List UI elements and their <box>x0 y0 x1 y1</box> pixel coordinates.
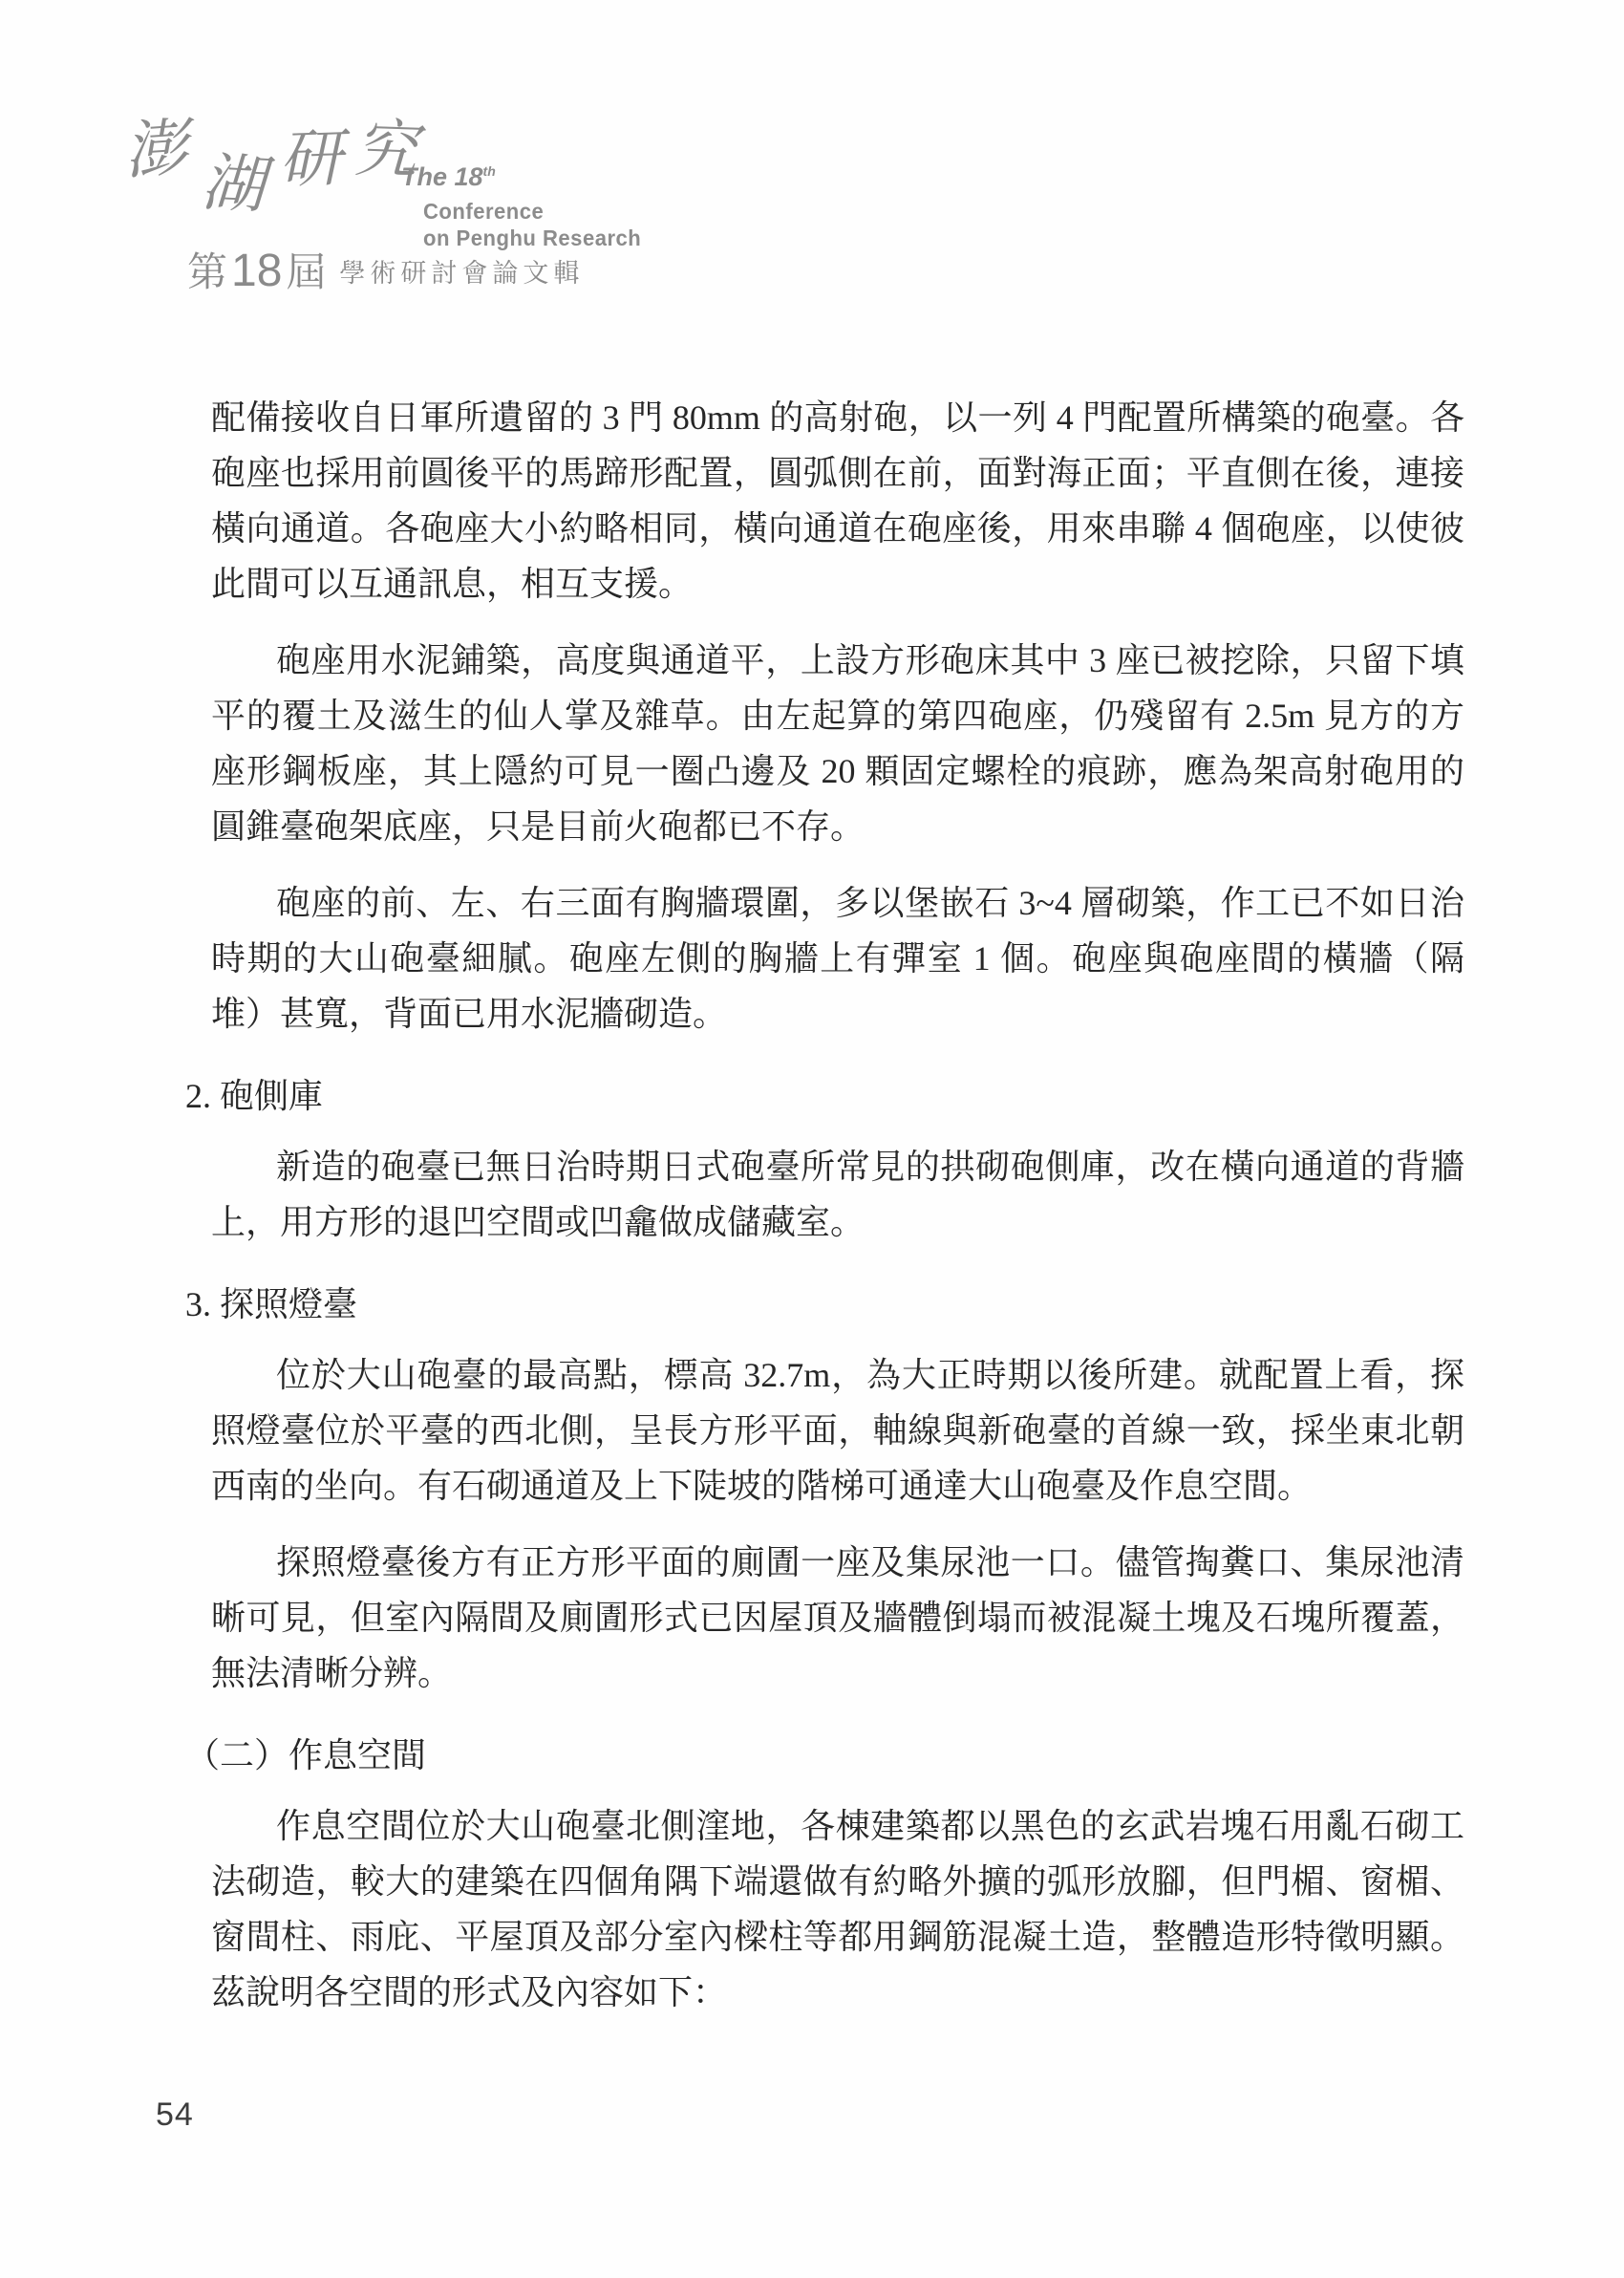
body-paragraph: 位於大山砲臺的最高點，標高 32.7m，為大正時期以後所建。就配置上看，探照燈臺… <box>211 1347 1464 1514</box>
body-paragraph: 新造的砲臺已無日治時期日式砲臺所常見的拱砌砲側庫，改在橫向通道的背牆上，用方形的… <box>211 1139 1464 1250</box>
brand-char: 湖 <box>200 151 266 217</box>
series-prefix: 第 <box>187 248 227 295</box>
body-paragraph: 探照燈臺後方有正方形平面的廁圊一座及集尿池一口。儘管掏糞口、集尿池清晰可見，但室… <box>211 1535 1464 1701</box>
article-body: 配備接收自日軍所遺留的 3 門 80mm 的高射砲，以一列 4 門配置所構築的砲… <box>211 390 1464 2041</box>
brand-char: 澎 <box>122 117 189 183</box>
edition-ordinal-suffix: th <box>483 163 496 179</box>
page-number: 54 <box>156 2096 194 2134</box>
series-suffix: 屆 <box>286 248 326 295</box>
edition-label: The 18th <box>401 162 496 192</box>
body-paragraph: 砲座的前、左、右三面有胸牆環圍，多以堡嵌石 3~4 層砌築，作工已不如日治時期的… <box>211 875 1464 1042</box>
body-paragraph: 砲座用水泥鋪築，高度與通道平，上設方形砲床其中 3 座已被挖除，只留下填平的覆土… <box>211 633 1464 854</box>
brand-char: 研 <box>278 127 343 192</box>
body-paragraph: 配備接收自日軍所遺留的 3 門 80mm 的高射砲，以一列 4 門配置所構築的砲… <box>211 390 1464 612</box>
series-title-line: 第18屆學術研討會論文輯 <box>187 241 584 298</box>
brand-calligraphy-penghu-research: 澎 湖 研 究 <box>124 113 417 176</box>
section-heading-living-space: （二）作息空間 <box>185 1728 1464 1783</box>
series-number: 18 <box>231 246 282 296</box>
body-paragraph: 作息空間位於大山砲臺北側漥地，各棟建築都以黑色的玄武岩塊石用亂石砌工法砌造，較大… <box>211 1798 1464 2020</box>
conference-word: Conference <box>423 199 544 225</box>
section-heading-gun-side-magazine: 2. 砲側庫 <box>185 1068 1464 1124</box>
section-heading-searchlight-platform: 3. 探照燈臺 <box>185 1277 1464 1332</box>
document-page: 澎 湖 研 究 The 18th Conference on Penghu Re… <box>0 0 1624 2278</box>
series-proceedings-title: 學術研討會論文輯 <box>339 259 584 289</box>
edition-text: The 18 <box>401 162 483 191</box>
